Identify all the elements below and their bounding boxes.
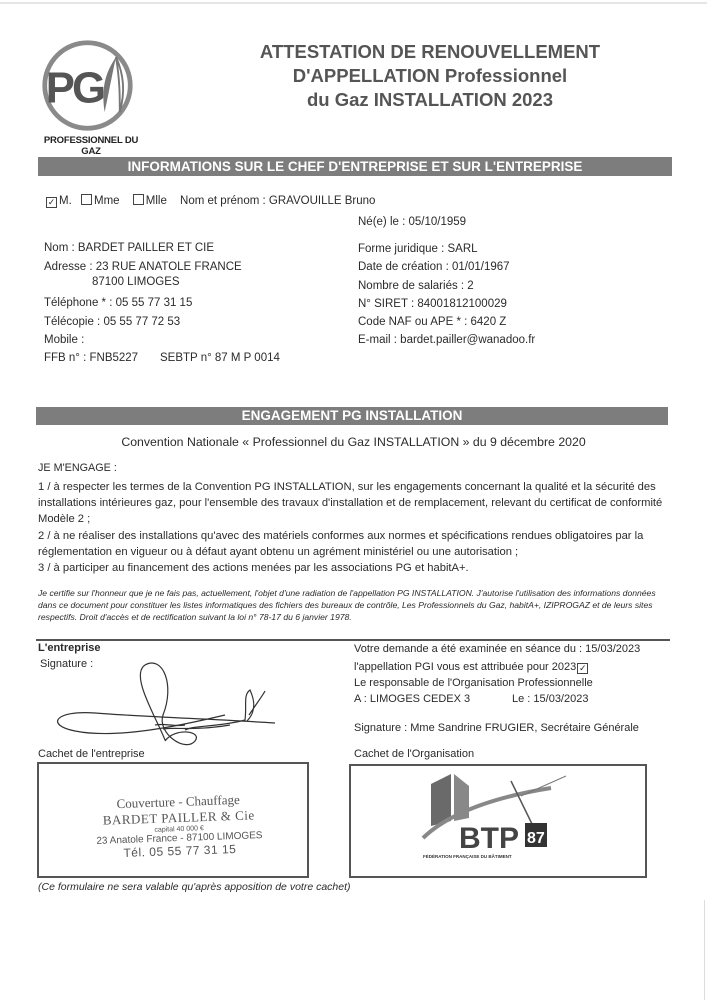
- attribution-text: l'appellation PGI vous est attribuée pou…: [354, 661, 576, 673]
- company-fax: Télécopie : 05 55 77 72 53: [44, 316, 180, 328]
- svg-text:PG: PG: [46, 64, 104, 113]
- company-stamp: Couverture - Chauffage BARDET PAILLER & …: [68, 790, 290, 862]
- siret-number: N° SIRET : 84001812100029: [358, 298, 507, 310]
- signature-separator: [36, 639, 670, 641]
- engagement-item-3: 3 / à participer au financement des acti…: [38, 560, 670, 576]
- section-header-engagement: ENGAGEMENT PG INSTALLATION: [36, 407, 668, 425]
- convention-line: Convention Nationale « Professionnel du …: [0, 435, 707, 449]
- review-date: Votre demande a été examinée en séance d…: [354, 643, 640, 655]
- company-address-city: 87100 LIMOGES: [92, 276, 180, 288]
- creation-date: Date de création : 01/01/1967: [358, 261, 510, 273]
- decision-date: Le : 15/03/2023: [512, 693, 588, 705]
- checkbox-icon[interactable]: [133, 194, 144, 205]
- full-name: Nom et prénom : GRAVOUILLE Bruno: [180, 195, 375, 207]
- signatory: Signature : Mme Sandrine FRUGIER, Secrét…: [354, 722, 639, 734]
- document-title: ATTESTATION DE RENOUVELLEMENT D'APPELLAT…: [200, 40, 660, 112]
- company-address: Adresse : 23 RUE ANATOLE FRANCE: [44, 261, 242, 273]
- checkbox-checked-icon[interactable]: ✓: [46, 197, 57, 208]
- btp87-logo-icon: BTP 87 FÉDÉRATION FRANÇAISE DU BÂTIMENT: [351, 766, 645, 876]
- civility-mlle[interactable]: Mlle: [133, 195, 167, 207]
- civility-m[interactable]: ✓M.: [46, 195, 72, 207]
- legal-form: Forme juridique : SARL: [358, 243, 478, 255]
- attribution-line: l'appellation PGI vous est attribuée pou…: [354, 661, 590, 674]
- organisation-stamp-label: Cachet de l'Organisation: [354, 748, 474, 760]
- scan-edge-line: [0, 2, 707, 4]
- organisation-stamp-box: BTP 87 FÉDÉRATION FRANÇAISE DU BÂTIMENT: [349, 764, 647, 878]
- svg-text:BTP: BTP: [459, 822, 519, 855]
- company-email: E-mail : bardet.pailler@wanadoo.fr: [358, 334, 535, 346]
- employee-count: Nombre de salariés : 2: [358, 280, 474, 292]
- checkbox-icon[interactable]: [81, 194, 92, 205]
- company-name: Nom : BARDET PAILLER ET CIE: [44, 242, 214, 254]
- birth-date: Né(e) le : 05/10/1959: [358, 216, 466, 228]
- checkbox-checked-icon[interactable]: ✓: [577, 663, 588, 674]
- company-phone: Téléphone * : 05 55 77 31 15: [44, 297, 192, 309]
- title-line-3: du Gaz INSTALLATION 2023: [200, 88, 660, 112]
- pg-logo-icon: PG: [40, 38, 135, 133]
- logo-caption-main: PROFESSIONNEL DU GAZ: [36, 135, 146, 157]
- svg-text:FÉDÉRATION FRANÇAISE DU BÂTIME: FÉDÉRATION FRANÇAISE DU BÂTIMENT: [423, 852, 512, 859]
- company-stamp-box: Couverture - Chauffage BARDET PAILLER & …: [37, 762, 309, 878]
- naf-code: Code NAF ou APE * : 6420 Z: [358, 316, 506, 328]
- title-line-1: ATTESTATION DE RENOUVELLEMENT: [200, 40, 660, 64]
- company-signature-title: L'entreprise: [38, 642, 101, 654]
- civility-mme[interactable]: Mme: [81, 195, 120, 207]
- company-mobile: Mobile :: [44, 334, 84, 346]
- certification-text: Je certifie sur l'honneur que je ne fais…: [38, 587, 672, 623]
- civility-row: ✓M. Mme Mlle Nom et prénom : GRAVOUILLE …: [46, 194, 375, 208]
- company-stamp-label: Cachet de l'entreprise: [38, 748, 145, 760]
- ffb-number: FFB n° : FNB5227: [44, 352, 138, 364]
- engagement-heading: JE M'ENGAGE :: [38, 462, 117, 474]
- responsible-line: Le responsable de l'Organisation Profess…: [354, 677, 593, 689]
- engagement-item-1: 1 / à respecter les termes de la Convent…: [38, 479, 670, 527]
- engagement-item-2: 2 / à ne réaliser des installations qu'a…: [38, 528, 670, 560]
- stamp-footnote: (Ce formulaire ne sera valable qu'après …: [38, 881, 351, 893]
- handwritten-signature-icon: [35, 655, 280, 755]
- title-line-2: D'APPELLATION Professionnel: [200, 64, 660, 88]
- svg-text:87: 87: [527, 830, 545, 847]
- sebtp-number: SEBTP n° 87 M P 0014: [160, 352, 280, 364]
- scan-edge-line: [704, 900, 705, 1000]
- section-header-company-info: INFORMATIONS SUR LE CHEF D'ENTREPRISE ET…: [38, 157, 672, 176]
- location: A : LIMOGES CEDEX 3: [354, 693, 470, 705]
